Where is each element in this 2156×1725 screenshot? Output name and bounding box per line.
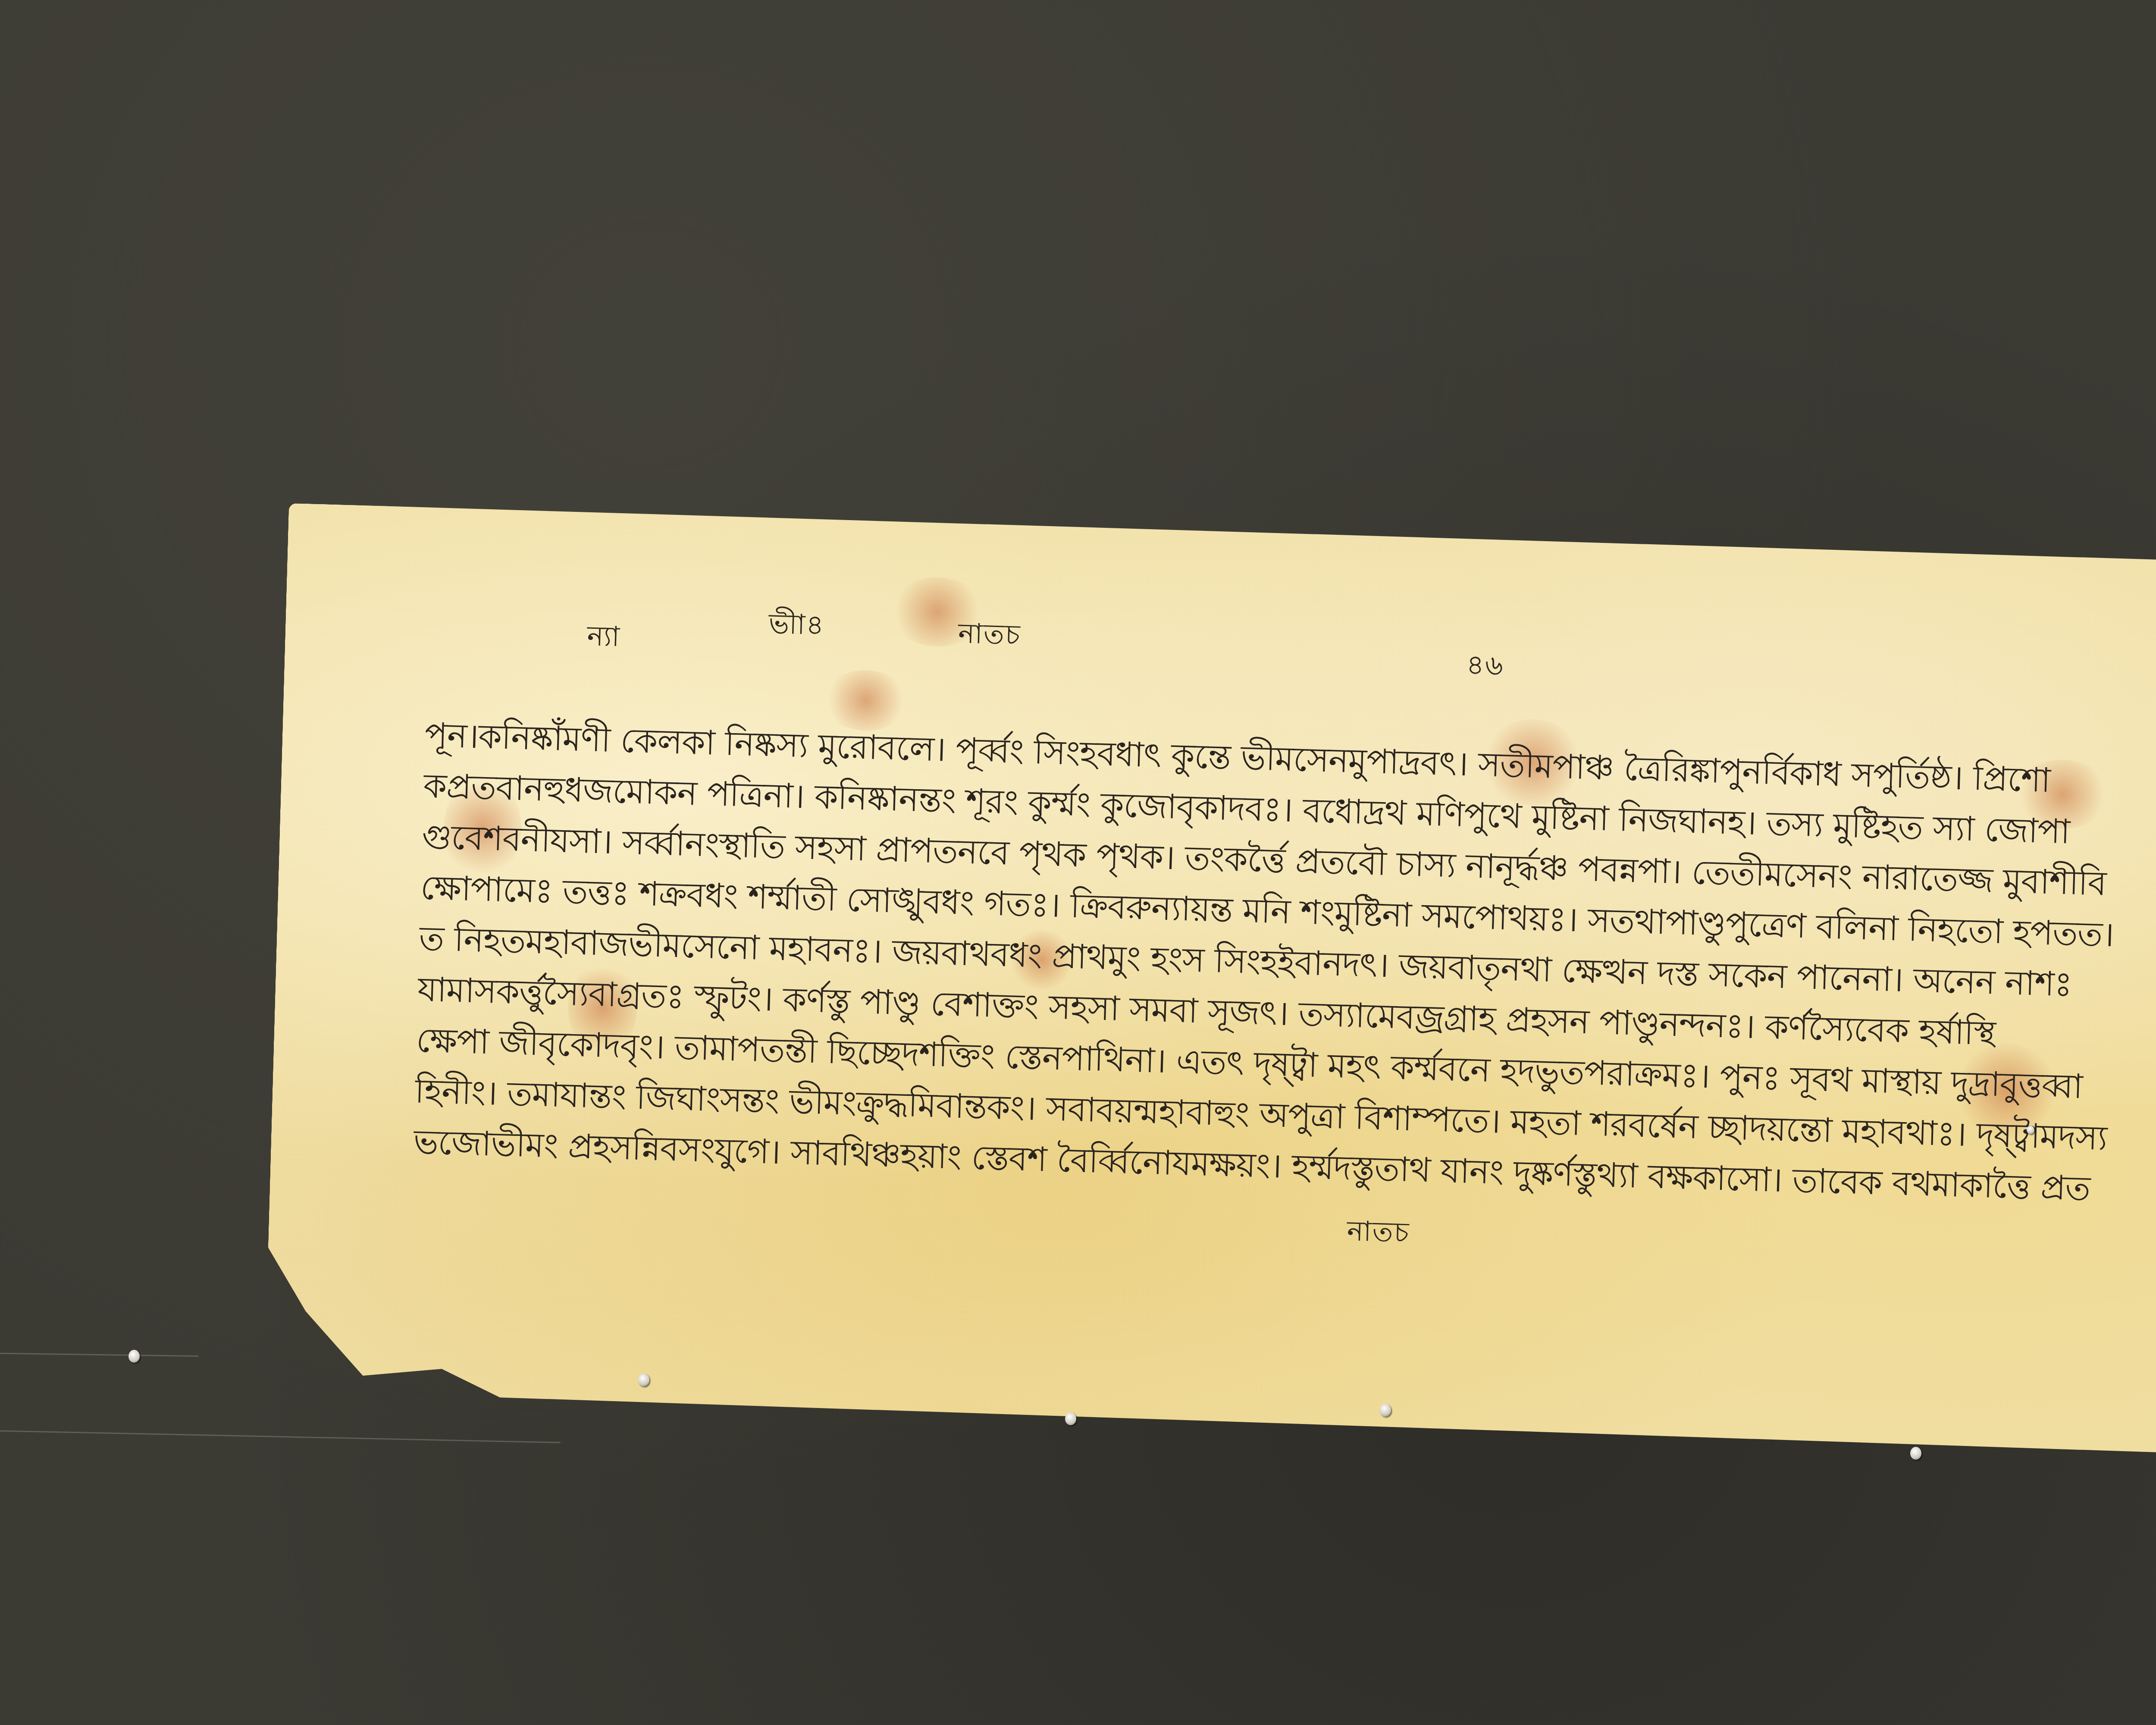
mounting-pin bbox=[2027, 1126, 2034, 1134]
mounting-pin bbox=[1380, 1404, 1391, 1417]
manuscript-folio: ন্যা ভীা৪ নাতচ ৪৬ পূন।কনিষ্কাঁমণী কেলকা … bbox=[264, 503, 2156, 1455]
marginal-mark-top-far: ৪৬ bbox=[1466, 644, 1504, 691]
mounting-pin bbox=[638, 1374, 649, 1386]
marginal-mark-bottom: নাতচ bbox=[1346, 1210, 1410, 1258]
mounting-pin bbox=[1065, 1412, 1076, 1425]
mount-board: ন্যা ভীা৪ নাতচ ৪৬ পূন।কনিষ্কাঁমণী কেলকা … bbox=[0, 0, 2156, 1725]
marginal-mark-top-mid: ভীা৪ bbox=[768, 603, 825, 651]
mounting-pin bbox=[1910, 1447, 1921, 1460]
mounting-pin bbox=[128, 1350, 140, 1363]
marginal-mark-top-left: ন্যা bbox=[586, 615, 621, 662]
manuscript-text: পূন।কনিষ্কাঁমণী কেলকা নিষ্কস্য মুরোবলে। … bbox=[413, 710, 2156, 1217]
board-scratch bbox=[0, 1430, 561, 1443]
board-scratch bbox=[0, 1353, 198, 1357]
marginal-mark-top-right: নাতচ bbox=[957, 612, 1021, 660]
